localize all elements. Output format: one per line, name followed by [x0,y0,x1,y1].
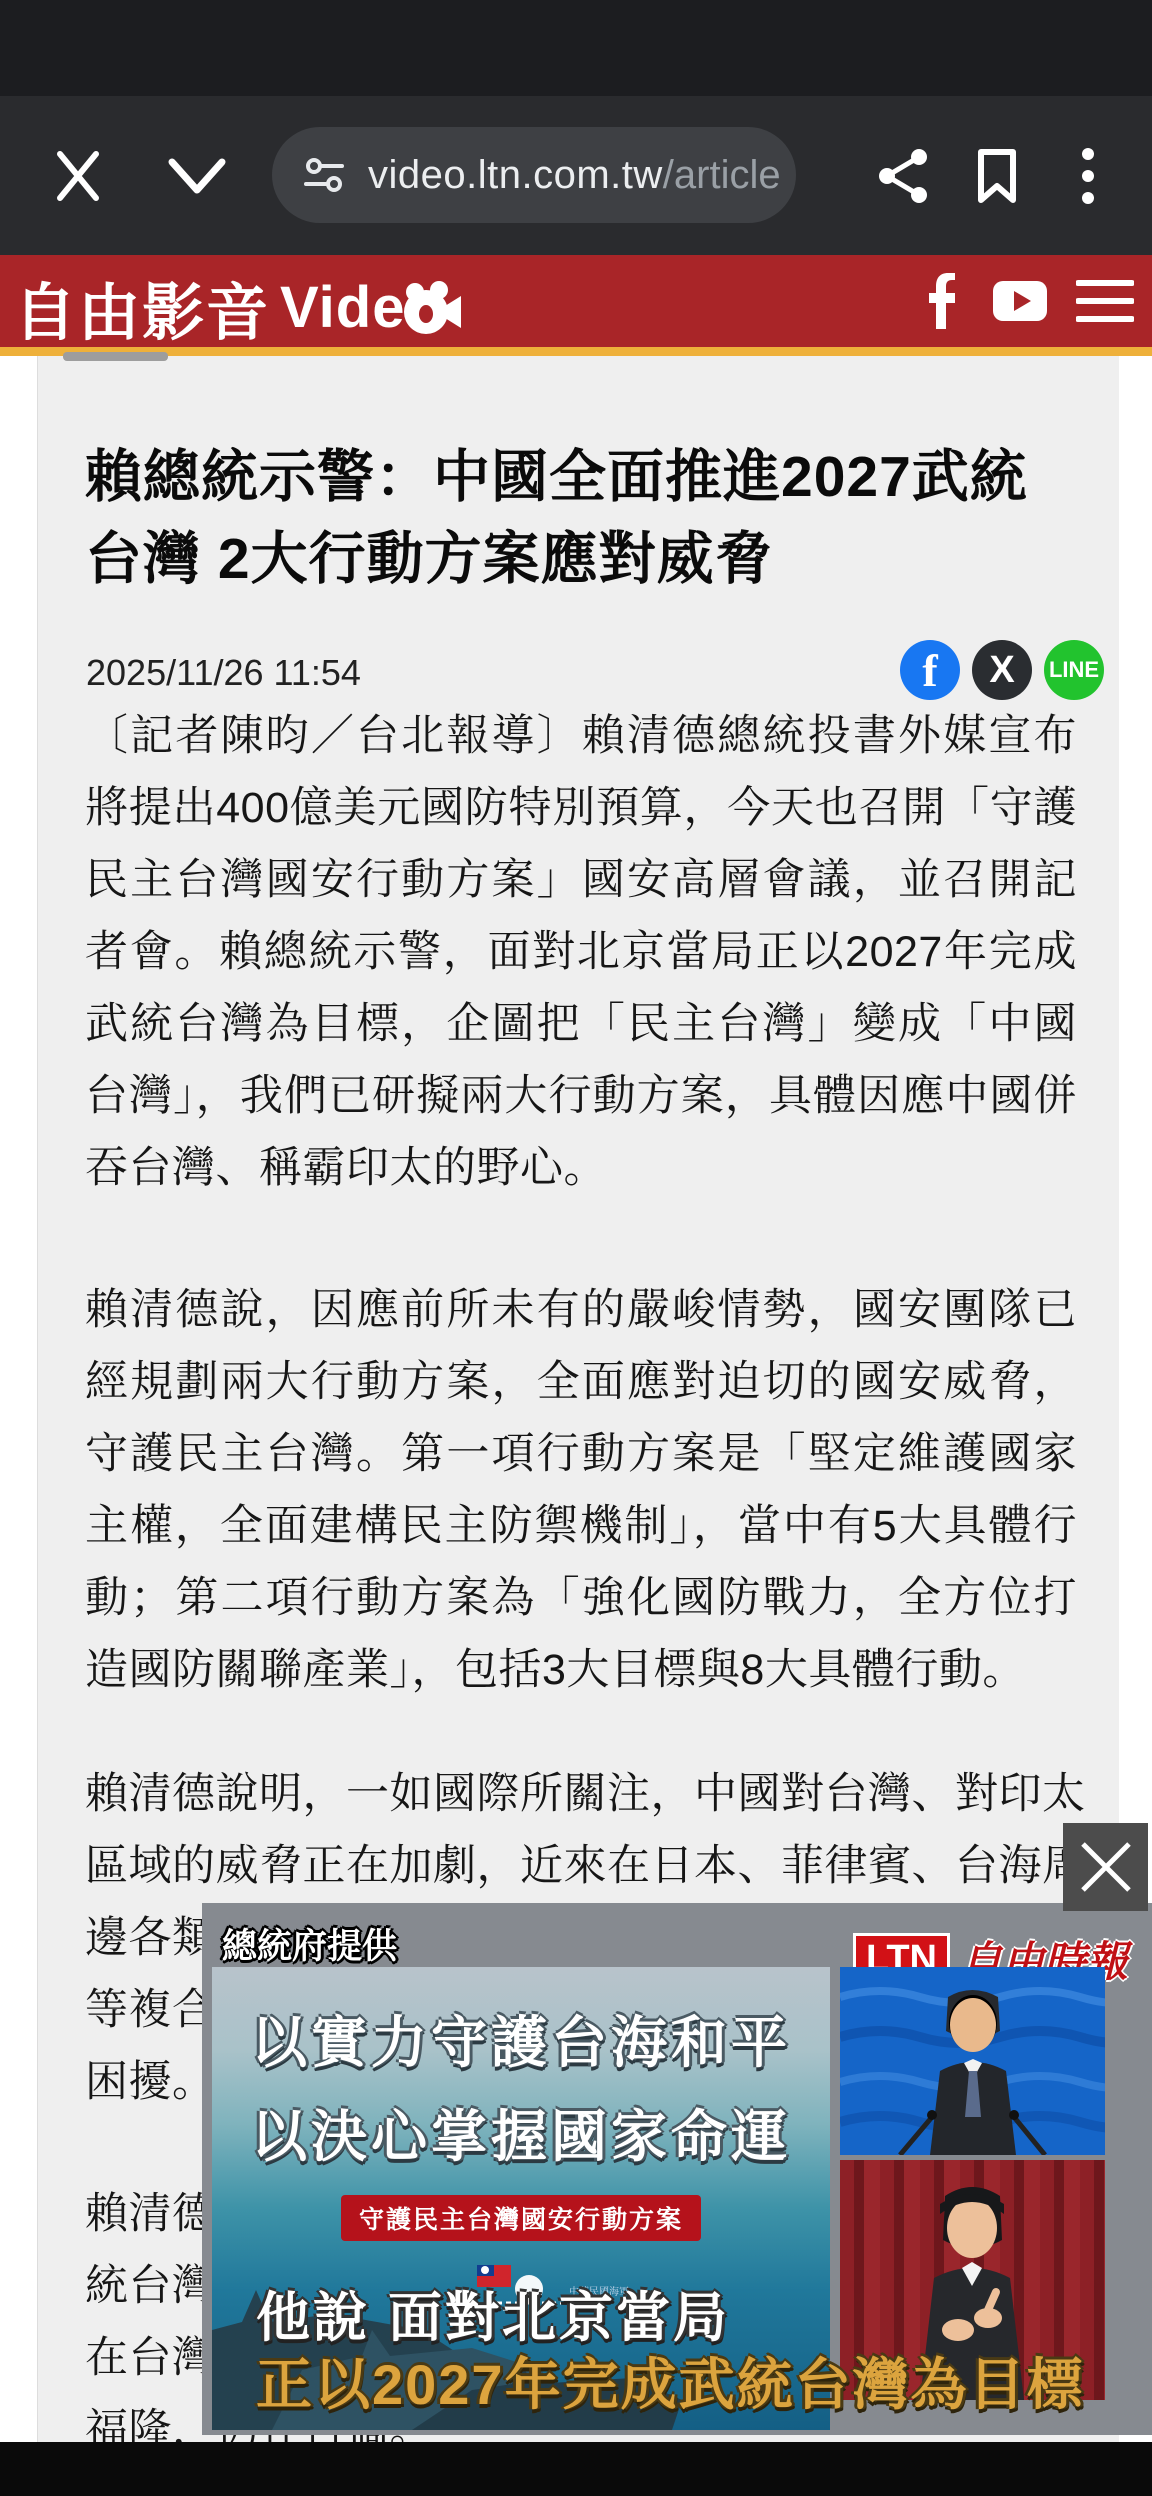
url-path: /article [663,153,781,198]
video-speaker-feed [840,1967,1105,2155]
share-x-button[interactable]: X [972,640,1032,700]
url-bar[interactable]: video.ltn.com.tw/article [272,127,796,223]
article-body: 〔記者陳昀／台北報導〕賴清德總統投書外媒宣布將提出400億美元國防特別預算，今天… [85,700,1077,1776]
video-player[interactable]: 總統府提供 LTN 自由時報 以實力守護台海和平 以決心掌握國家命運 守護民主台… [202,1903,1152,2435]
article-title: 賴總統示警：中國全面推進2027武統台灣 2大行動方案應對威脅 [85,436,1050,600]
video-caption-line2: 正以2027年完成武統台灣為目標 [256,2341,1085,2421]
bookmark-icon[interactable] [962,96,1032,255]
browser-toolbar: video.ltn.com.tw/article [0,96,1152,255]
overflow-menu-icon[interactable] [1058,96,1118,255]
site-logo[interactable]: 自由影音 Vide [14,263,455,352]
youtube-icon[interactable] [990,255,1050,347]
share-line-button[interactable]: LINE [1044,640,1104,700]
site-logo-cjk: 自由影音 [14,263,270,352]
video-close-button[interactable] [1063,1823,1148,1911]
screen: video.ltn.com.tw/article 自由影音 Vide [0,0,1152,2496]
p3-line: 賴清德說明，一如國際所關注，中國對台灣、對印太 [85,1758,1077,1830]
site-header: 自由影音 Vide [0,255,1152,347]
p3-line: 區域的威脅正在加劇，近來在日本、菲律賓、台海周 [85,1830,1077,1902]
site-logo-en: Vide [280,274,405,341]
paragraph-2: 賴清德說，因應前所未有的嚴峻情勢，國安團隊已經規劃兩大行動方案，全面應對迫切的國… [85,1274,1077,1706]
article-date: 2025/11/26 11:54 [86,652,361,694]
video-slogan-line1: 以實力守護台海和平 [212,1999,830,2079]
scroll-indicator[interactable] [63,352,168,361]
video-slogan-line2: 以決心掌握國家命運 [212,2093,830,2173]
chevron-down-icon[interactable] [162,96,232,255]
url-host: video.ltn.com.tw [368,153,663,198]
panda-camera-icon [399,280,455,336]
facebook-icon[interactable] [915,255,967,347]
close-tab-icon[interactable] [48,96,108,255]
video-banner: 守護民主台灣國安行動方案 [341,2195,701,2241]
share-facebook-button[interactable]: f [900,640,960,700]
article-share-row: f X LINE [900,640,1104,700]
video-credit-label: 總統府提供 [222,1919,397,1969]
status-bar [0,0,1152,96]
share-icon[interactable] [868,96,938,255]
bottom-system-bar [0,2442,1152,2496]
hamburger-menu-icon[interactable] [1072,255,1138,347]
gold-divider [0,347,1152,356]
paragraph-1: 〔記者陳昀／台北報導〕賴清德總統投書外媒宣布將提出400億美元國防特別預算，今天… [85,700,1077,1204]
site-settings-icon [302,153,346,197]
